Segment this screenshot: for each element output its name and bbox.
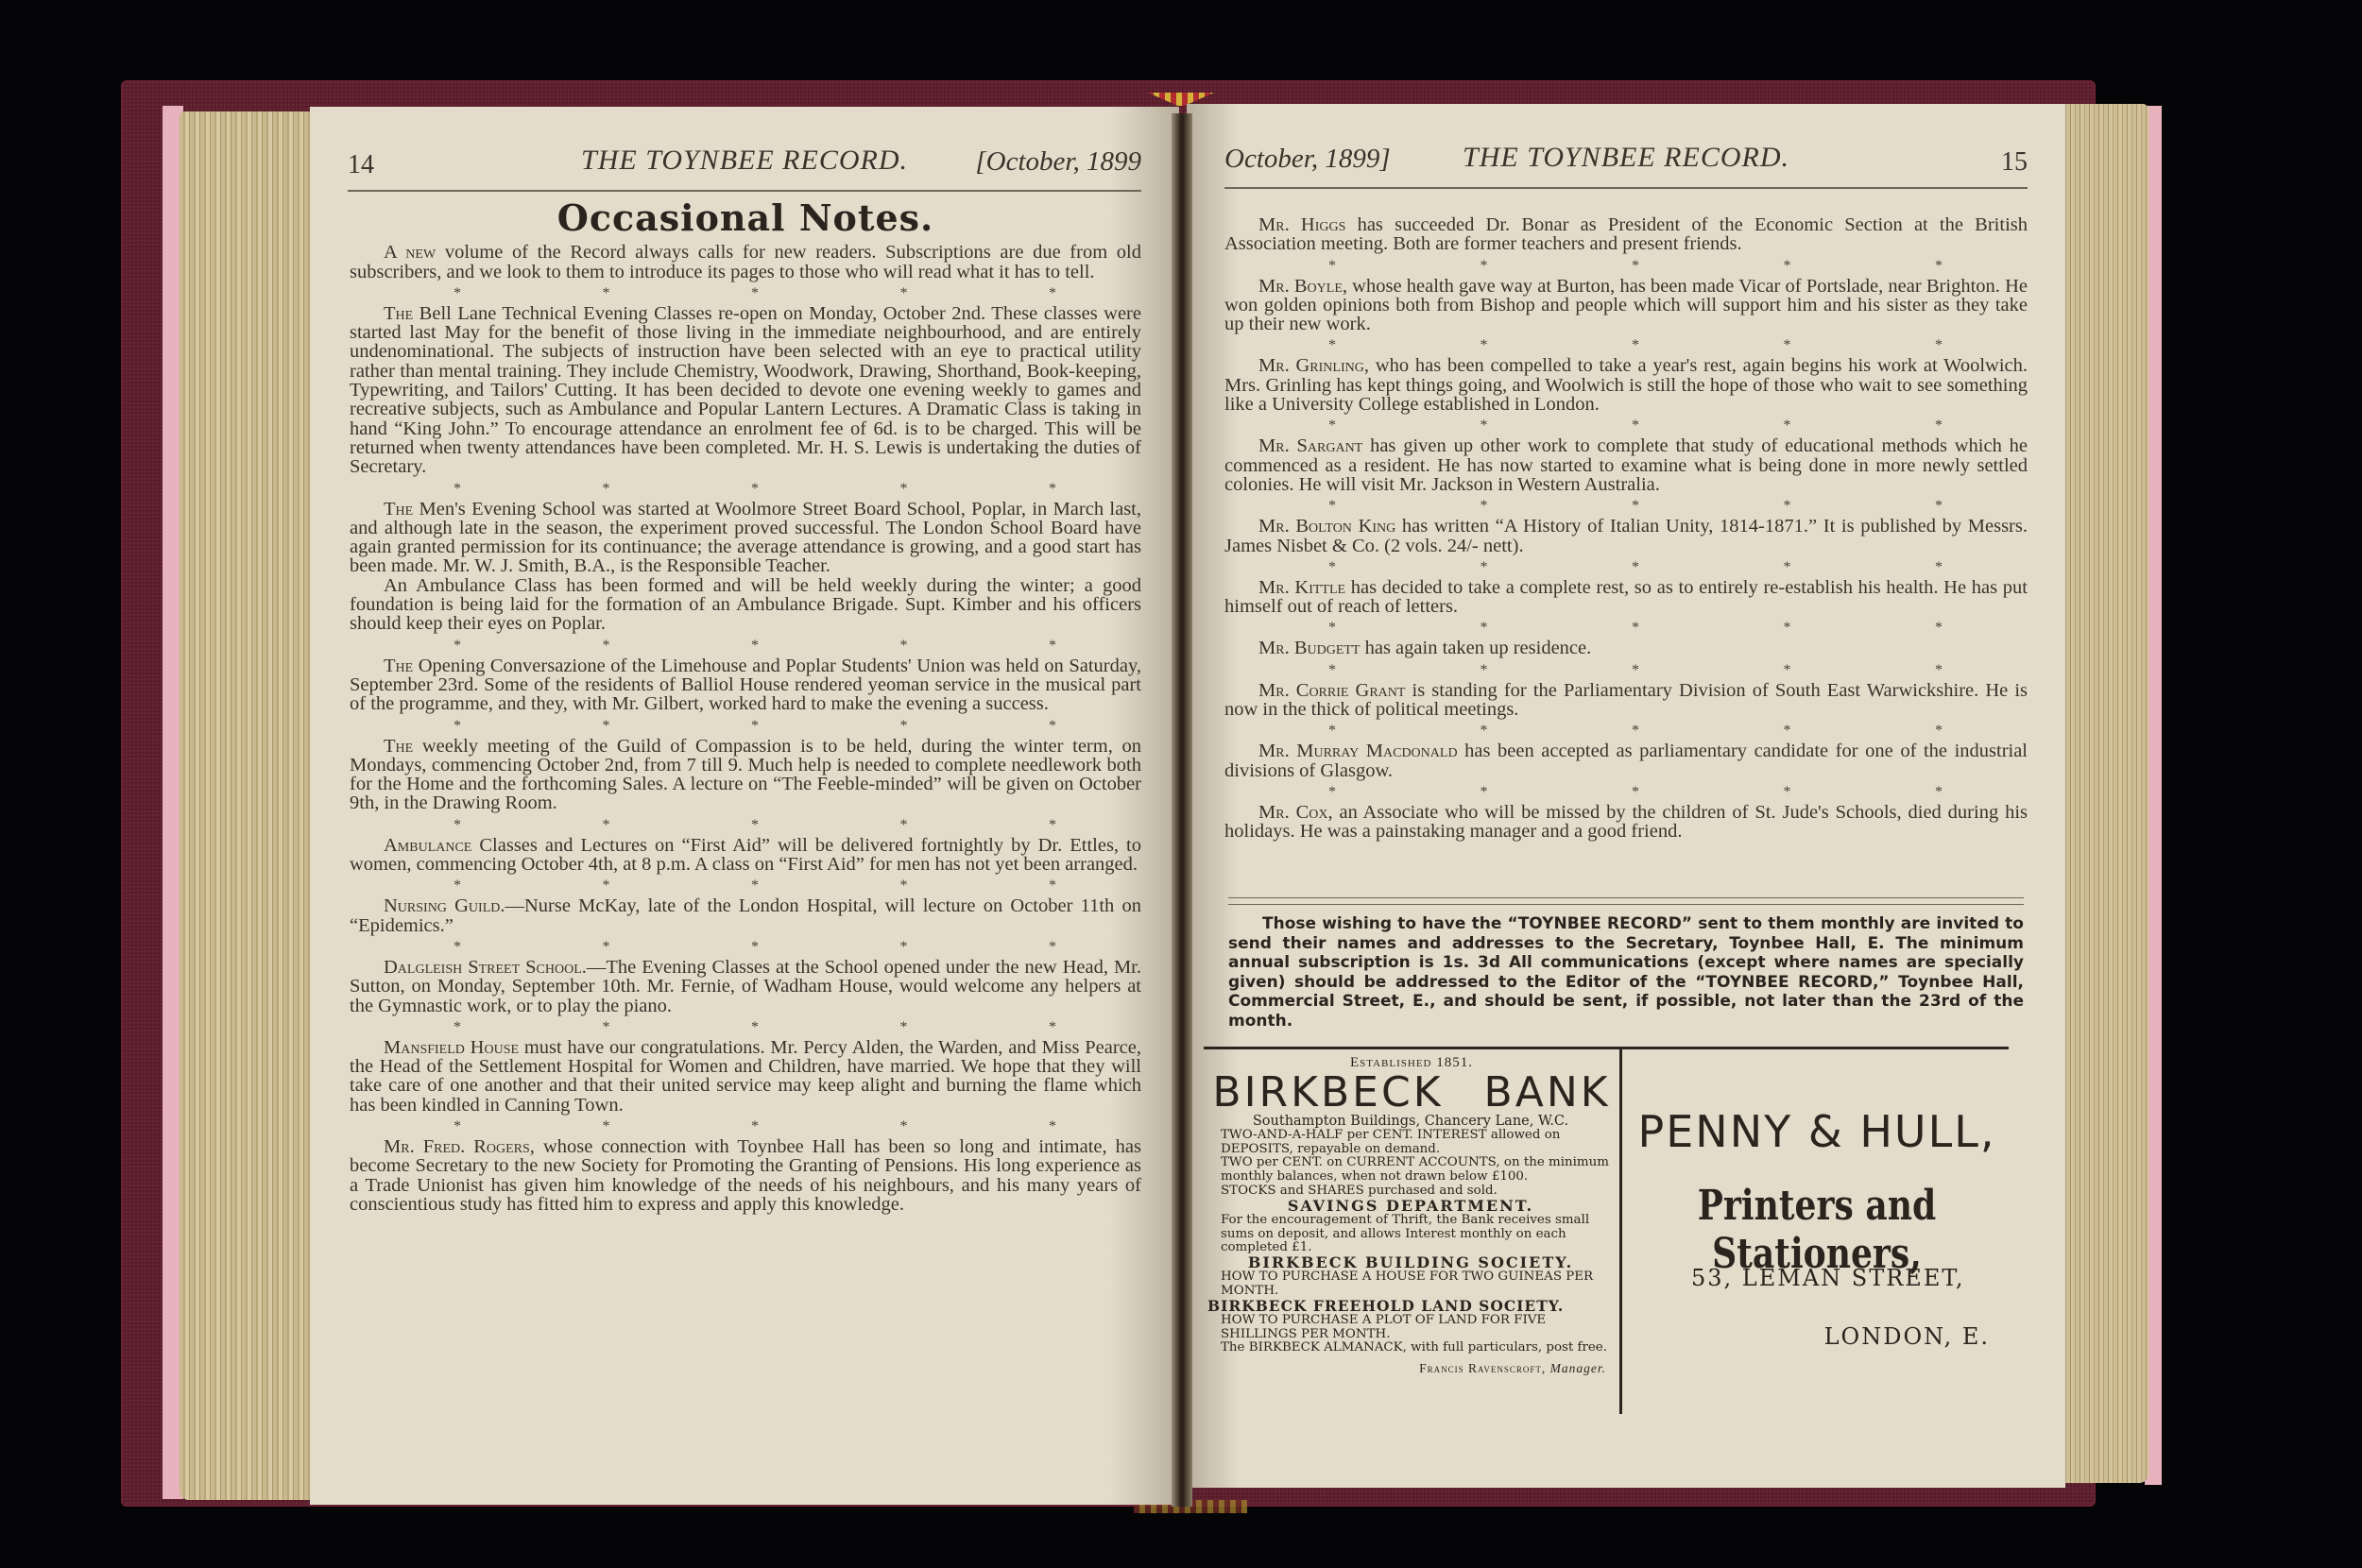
note-paragraph: An Ambulance Class has been formed and w… [350, 576, 1141, 634]
note-paragraph: Mr. Corrie Grant is standing for the Par… [1224, 681, 2028, 720]
note-paragraph: Mr. Grinling, who has been compelled to … [1224, 356, 2028, 414]
section-divider-stars: ***** [1224, 555, 2028, 578]
section-heading: Occasional Notes. [350, 209, 1141, 228]
header-rule [1224, 187, 2028, 189]
running-head-left: 14 THE TOYNBEE RECORD. [October, 1899 [348, 145, 1141, 186]
section-divider-stars: ***** [350, 634, 1141, 656]
left-column: Occasional Notes. A new volume of the Re… [350, 201, 1141, 1214]
page-block-left [180, 111, 312, 1500]
section-divider-stars: ***** [350, 935, 1141, 958]
note-paragraph: Mr. Cox, an Associate who will be missed… [1224, 803, 2028, 842]
printer-name: PENNY & HULL, [1625, 1106, 2009, 1157]
note-paragraph: Mr. Sargant has given up other work to c… [1224, 436, 2028, 494]
note-paragraph: Nursing Guild.—Nurse McKay, late of the … [350, 896, 1141, 935]
section-divider-stars: ***** [1224, 333, 2028, 356]
section-divider-stars: ***** [350, 281, 1141, 304]
note-paragraph: The Bell Lane Technical Evening Classes … [350, 304, 1141, 477]
note-paragraph: The Men's Evening School was started at … [350, 500, 1141, 576]
section-divider-stars: ***** [350, 714, 1141, 737]
section-divider-stars: ***** [1224, 780, 2028, 803]
left-page: 14 THE TOYNBEE RECORD. [October, 1899 Oc… [310, 107, 1179, 1505]
penny-hull-advert: PENNY & HULL, Printers and Stationers, 5… [1625, 1049, 2009, 1408]
manager-signature: Francis Ravenscroft, Manager. [1204, 1361, 1619, 1376]
bank-details: Southampton Buildings, Chancery Lane, W.… [1204, 1115, 1619, 1355]
note-paragraph: Dalgleish Street School.—The Evening Cla… [350, 958, 1141, 1015]
note-paragraph: Mr. Bolton King has written “A History o… [1224, 517, 2028, 555]
section-divider-stars: ***** [350, 1115, 1141, 1137]
note-paragraph: The weekly meeting of the Guild of Compa… [350, 737, 1141, 813]
note-paragraph: Mr. Budgett has again taken up residence… [1224, 639, 2028, 657]
running-head-right: October, 1899] THE TOYNBEE RECORD. 15 [1224, 142, 2028, 183]
section-divider-stars: ***** [350, 813, 1141, 836]
note-paragraph: Ambulance Classes and Lectures on “First… [350, 836, 1141, 875]
header-rule [348, 190, 1141, 192]
bank-name: BIRKBECK BANK [1204, 1071, 1619, 1115]
section-divider-stars: ***** [1224, 658, 2028, 681]
section-divider-stars: ***** [1224, 254, 2028, 277]
right-column: Mr. Higgs has succeeded Dr. Bonar as Pre… [1224, 215, 2028, 842]
note-paragraph: The Opening Conversazione of the Limehou… [350, 656, 1141, 714]
right-page: October, 1899] THE TOYNBEE RECORD. 15 Mr… [1187, 104, 2065, 1488]
book-gutter [1172, 113, 1192, 1507]
note-paragraph: Mr. Murray Macdonald has been accepted a… [1224, 741, 2028, 780]
section-divider-stars: ***** [350, 477, 1141, 500]
section-divider-stars: ***** [1224, 494, 2028, 517]
note-paragraph: Mr. Kittle has decided to take a complet… [1224, 578, 2028, 617]
note-paragraph: Mr. Boyle, whose health gave way at Burt… [1224, 277, 2028, 334]
subscription-notice: Those wishing to have the “TOYNBEE RECOR… [1228, 914, 2024, 1031]
note-paragraph: Mansfield House must have our congratula… [350, 1038, 1141, 1115]
section-divider-stars: ***** [1224, 414, 2028, 436]
note-paragraph: A new volume of the Record always calls … [350, 243, 1141, 281]
page-block-right [2062, 104, 2148, 1483]
advertisements: Established 1851. BIRKBECK BANK Southamp… [1204, 1047, 2009, 1408]
section-divider-stars: ***** [1224, 616, 2028, 639]
printer-trade: Printers and Stationers, [1660, 1182, 1975, 1278]
note-paragraph: Mr. Fred. Rogers, whose connection with … [350, 1137, 1141, 1214]
running-title: THE TOYNBEE RECORD. [1224, 142, 2028, 174]
issue-date: [October, 1899 [975, 146, 1141, 178]
section-divider-stars: ***** [350, 1015, 1141, 1038]
printer-street: 53, LEMAN STREET, [1691, 1265, 1964, 1291]
printer-city: LONDON, E. [1824, 1323, 1990, 1350]
note-paragraph: Mr. Higgs has succeeded Dr. Bonar as Pre… [1224, 215, 2028, 254]
birkbeck-bank-advert: Established 1851. BIRKBECK BANK Southamp… [1204, 1049, 1622, 1414]
section-divider-stars: ***** [350, 874, 1141, 896]
page-number: 15 [2001, 147, 2028, 178]
notice-rule [1228, 897, 2024, 905]
section-divider-stars: ***** [1224, 719, 2028, 741]
